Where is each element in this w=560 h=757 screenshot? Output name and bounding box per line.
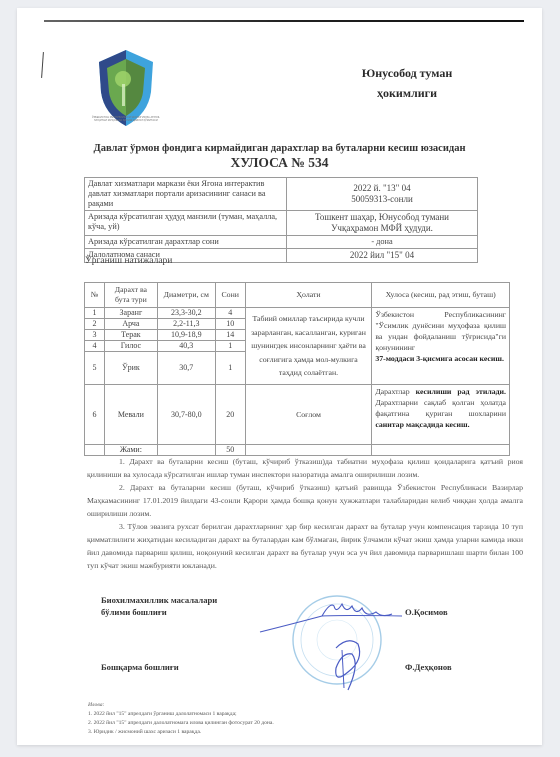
table-row: 1 Заранг 23,3-30,2 4 Табиий омиллар таъс… <box>85 308 510 319</box>
conclusion-text: Ўзбекистон Республикасининг "Ўсимлик дун… <box>375 310 506 352</box>
tree-type: Ўрик <box>104 352 157 385</box>
tree-type: Заранг <box>104 308 157 319</box>
address-line1: Тошкент шаҳар, Юнусобод тумани <box>290 212 474 223</box>
results-heading: Ўрганиш натижалари <box>85 256 172 266</box>
application-date: 2022 й. "13" 04 <box>290 183 474 194</box>
info-label: Аризада кўрсатилган дарахтлар сони <box>85 236 287 249</box>
empty-cell <box>372 445 510 456</box>
logo-caption: ЎЗБЕКИСТОН РЕСПУБЛИКАСИ ЭКОЛОГИЯ ВА АТРО… <box>89 116 163 122</box>
count: 14 <box>215 330 245 341</box>
row-number: 4 <box>85 341 105 352</box>
conclusion-bold: кесилиши рад этилади. <box>416 387 506 396</box>
condition-paragraph: 2. Дарахт ва буталарни кесиш (буташ, кўч… <box>87 481 523 520</box>
application-info-table: Давлат хизматлари маркази ёки Ягона инте… <box>84 177 478 263</box>
application-number: 50059313-сонли <box>290 194 474 205</box>
table-row: 6 Мевали 30,7-80,0 20 Соғлом Дарахтлар к… <box>85 385 510 445</box>
count: 4 <box>215 308 245 319</box>
state-cell: Соғлом <box>245 385 372 445</box>
conclusion-text: Дарахтлар <box>375 387 409 396</box>
top-border-rule <box>44 20 524 22</box>
column-header: № <box>85 283 105 308</box>
info-value: - дона <box>287 236 478 249</box>
info-label: Аризада кўрсатилган ҳудуд манзили (туман… <box>85 211 287 236</box>
annex-item: 2. 2022 йил "15" апрелдаги далолатномага… <box>88 719 274 728</box>
diameter: 40,3 <box>157 341 215 352</box>
annex-heading: Илова: <box>88 701 274 710</box>
document-page: ЎЗБЕКИСТОН РЕСПУБЛИКАСИ ЭКОЛОГИЯ ВА АТРО… <box>17 8 542 745</box>
conclusion-cell: Дарахтлар кесилиши рад этилади. Дарахтла… <box>372 385 510 445</box>
annex-item: 3. Юридик / жисмоний шахс аризаси 1 вара… <box>88 728 274 737</box>
diameter: 30,7-80,0 <box>157 385 215 445</box>
organization-name: Юнусобод туман ҳокимлиги <box>347 63 467 103</box>
condition-paragraph: 3. Тўлов эвазига рухсат берилган дарахтл… <box>87 520 523 572</box>
info-value: 2022 й. "13" 04 50059313-сонли <box>287 178 478 211</box>
row-number: 3 <box>85 330 105 341</box>
column-header: Хулоса (кесиш, рад этиш, буташ) <box>372 283 510 308</box>
address-line2: Учқаҳрамон МФЙ ҳудуди. <box>290 223 474 234</box>
info-row: Давлат хизматлари маркази ёки Ягона инте… <box>85 178 478 211</box>
info-value: 2022 йил "15" 04 <box>287 249 478 263</box>
conclusion-cell: Ўзбекистон Республикасининг "Ўсимлик дун… <box>372 308 510 385</box>
column-header: Диаметри, см <box>157 283 215 308</box>
conclusion-bold: 37-моддаси 3-қисмига асосан кесиш. <box>375 353 506 364</box>
margin-mark <box>41 52 44 78</box>
count: 20 <box>215 385 245 445</box>
column-header: Сони <box>215 283 245 308</box>
signer1-title-line1: Биохилмахиллик масалалари <box>101 594 217 606</box>
count: 1 <box>215 341 245 352</box>
signer2-name: Ф.Деҳқонов <box>405 661 452 673</box>
tree-type: Гилос <box>104 341 157 352</box>
tree-type: Арча <box>104 319 157 330</box>
annex-item: 1. 2022 йил "15" апрелдаги ўрганиш далол… <box>88 710 274 719</box>
conditions-text: 1. Дарахт ва буталарни кесиш (буташ, кўч… <box>87 455 523 572</box>
document-subtitle: Давлат ўрмон фондига кирмайдиган дарахтл… <box>57 142 502 155</box>
signer2-title: Бошқарма бошлиғи <box>101 661 179 673</box>
results-table: № Дарахт ва бута тури Диаметри, см Сони … <box>84 282 510 456</box>
empty-cell <box>157 445 215 456</box>
row-number: 5 <box>85 352 105 385</box>
conclusion-bold: санитар мақсадида кесиш. <box>375 419 506 430</box>
signer1-name: О.Қосимов <box>405 606 448 618</box>
count: 10 <box>215 319 245 330</box>
row-number: 1 <box>85 308 105 319</box>
column-header: Дарахт ва бута тури <box>104 283 157 308</box>
row-number: 2 <box>85 319 105 330</box>
total-count: 50 <box>215 445 245 456</box>
condition-paragraph: 1. Дарахт ва буталарни кесиш (буташ, кўч… <box>87 455 523 481</box>
results-header-row: № Дарахт ва бута тури Диаметри, см Сони … <box>85 283 510 308</box>
total-label: Жами: <box>104 445 157 456</box>
tree-type: Мевали <box>104 385 157 445</box>
empty-cell <box>245 445 372 456</box>
state-cell: Табиий омиллар таъсирида кучли зарарланг… <box>245 308 372 385</box>
info-row: Аризада кўрсатилган дарахтлар сони - дон… <box>85 236 478 249</box>
empty-cell <box>85 445 105 456</box>
info-value: Тошкент шаҳар, Юнусобод тумани Учқаҳрамо… <box>287 211 478 236</box>
count: 1 <box>215 352 245 385</box>
organization-line1: Юнусобод туман <box>347 63 467 83</box>
total-row: Жами: 50 <box>85 445 510 456</box>
document-number: ХУЛОСА № 534 <box>57 155 502 171</box>
info-label: Давлат хизматлари маркази ёки Ягона инте… <box>85 178 287 211</box>
diameter: 10,9-18,9 <box>157 330 215 341</box>
signer1-title: Биохилмахиллик масалалари бўлими бошлиғи <box>101 594 217 618</box>
document-title: Давлат ўрмон фондига кирмайдиган дарахтл… <box>57 142 502 171</box>
tree-type: Терак <box>104 330 157 341</box>
diameter: 30,7 <box>157 352 215 385</box>
conclusion-text: Дарахтларни сақлаб қолган ҳолатда фақатг… <box>375 398 506 418</box>
column-header: Ҳолати <box>245 283 372 308</box>
annex-list: Илова: 1. 2022 йил "15" апрелдаги ўргани… <box>88 701 274 737</box>
signer1-title-line2: бўлими бошлиғи <box>101 606 217 618</box>
row-number: 6 <box>85 385 105 445</box>
organization-line2: ҳокимлиги <box>347 83 467 103</box>
info-row: Аризада кўрсатилган ҳудуд манзили (туман… <box>85 211 478 236</box>
signature-icon <box>252 592 412 702</box>
diameter: 23,3-30,2 <box>157 308 215 319</box>
diameter: 2,2-11,3 <box>157 319 215 330</box>
